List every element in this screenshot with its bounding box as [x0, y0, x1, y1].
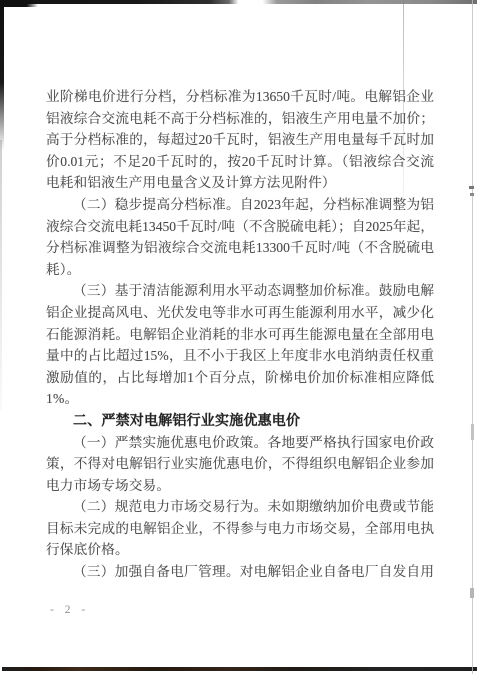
text-line: 目标未完成的电解铝企业，不得参与电力市场交易，全部用电执	[46, 518, 434, 540]
text-line: 激励值的，占比每增加1个百分点，阶梯电价加价标准相应降低	[46, 367, 434, 389]
scan-edge-top	[0, 0, 477, 4]
scan-edge-left-faint	[0, 140, 2, 410]
page-number: - 2 -	[50, 604, 89, 616]
text-line: （三）加强自备电厂管理。对电解铝企业自备电厂自发自用	[46, 561, 434, 583]
text-line: 石能源消耗。电解铝企业消耗的非水可再生能源电量在全部用电	[46, 324, 434, 346]
text-line: 液综合交流电耗13450千瓦时/吨（不含脱硫电耗）；自2025年起，	[46, 216, 434, 238]
text-line: 耗）。	[46, 259, 434, 281]
text-line: 量中的占比超过15%，且不小于我区上年度非水电消纳责任权重	[46, 345, 434, 367]
scanned-document-page: 业阶梯电价进行分档，分档标准为13650千瓦时/吨。电解铝企业铝液综合交流电耗不…	[0, 0, 477, 674]
scan-speck	[470, 588, 474, 598]
document-body: 业阶梯电价进行分档，分档标准为13650千瓦时/吨。电解铝企业铝液综合交流电耗不…	[46, 86, 434, 583]
scan-edge-top-left	[0, 0, 38, 7]
section-heading: 二、严禁对电解铝行业实施优惠电价	[46, 410, 434, 432]
text-line: 铝企业提高风电、光伏发电等非水可再生能源利用水平，减少化	[46, 302, 434, 324]
scan-edge-left	[0, 0, 4, 150]
scan-edge-bottom	[2, 667, 477, 671]
text-line: （二）稳步提高分档标准。自2023年起，分档标准调整为铝	[46, 194, 434, 216]
text-line: 电力市场专场交易。	[46, 475, 434, 497]
scan-edge-right	[472, 0, 473, 674]
text-line: （一）严禁实施优惠电价政策。各地要严格执行国家电价政	[46, 432, 434, 454]
text-line: 价0.01元；不足20千瓦时的，按20千瓦时计算。（铝液综合交流	[46, 151, 434, 173]
scan-speck	[471, 424, 474, 440]
text-line: （二）规范电力市场交易行为。未如期缴纳加价电费或节能	[46, 496, 434, 518]
scan-speck	[469, 186, 474, 189]
text-line: 分档标准调整为铝液综合交流电耗13300千瓦时/吨（不含脱硫电	[46, 237, 434, 259]
text-line: （三）基于清洁能源利用水平动态调整加价标准。鼓励电解	[46, 280, 434, 302]
text-line: 业阶梯电价进行分档，分档标准为13650千瓦时/吨。电解铝企业	[46, 86, 434, 108]
text-line: 1%。	[46, 388, 434, 410]
text-line: 电耗和铝液生产用电量含义及计算方法见附件）	[46, 172, 434, 194]
text-line: 铝液综合交流电耗不高于分档标准的，铝液生产用电量不加价；	[46, 108, 434, 130]
text-line: 高于分档标准的，每超过20千瓦时，铝液生产用电量每千瓦时加	[46, 129, 434, 151]
text-line: 行保底价格。	[46, 539, 434, 561]
scan-speck	[470, 193, 474, 196]
text-line: 策，不得对电解铝行业实施优惠电价，不得组织电解铝企业参加	[46, 453, 434, 475]
